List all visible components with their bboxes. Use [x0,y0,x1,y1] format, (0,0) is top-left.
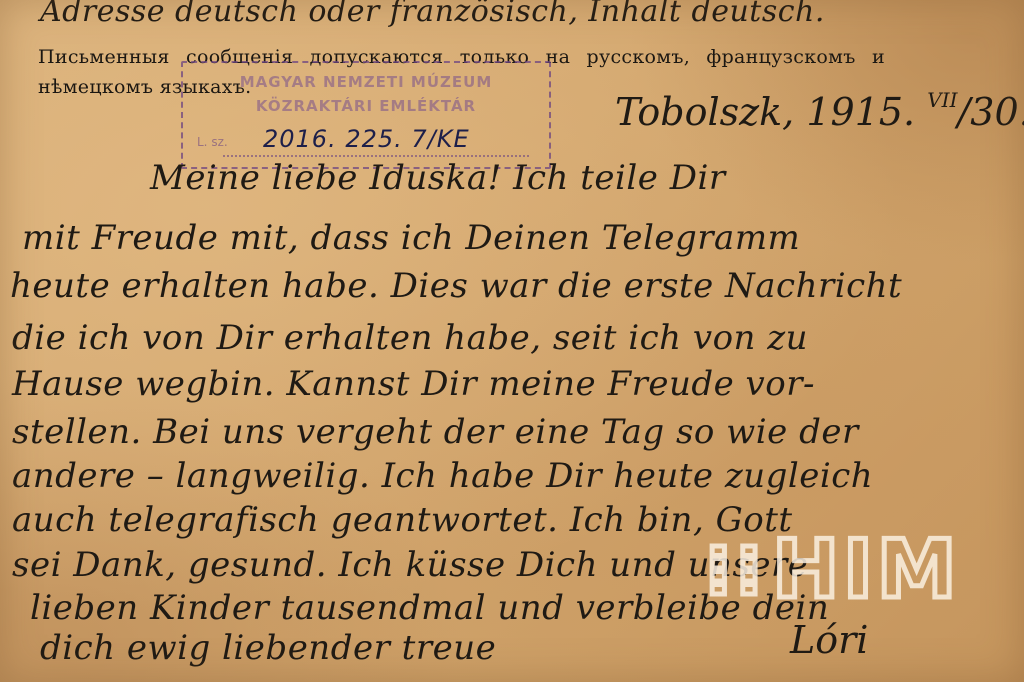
stamp-collection-name: KÖZRAKTÁRI EMLÉKTÁR [183,97,549,115]
dateline-day: /30. [957,90,1024,134]
postcard: Adresse deutsch oder französisch, Inhalt… [0,0,1024,682]
letter-line-4: die ich von Dir erhalten habe, seit ich … [12,318,808,358]
signature: Lóri [790,618,868,662]
letter-line-8: auch telegrafisch geantwortet. Ich bin, … [12,500,793,540]
letter-line-1: Meine liebe Iduska! Ich teile Dir [150,158,726,198]
dateline: Tobolszk, 1915. VII/30. [615,88,1024,134]
dateline-place-year: Tobolszk, 1915. [615,90,915,134]
letter-line-6: stellen. Bei uns vergeht der eine Tag so… [12,412,859,452]
stamp-museum-name: MAGYAR NEMZETI MÚZEUM [183,73,549,91]
letter-line-11: dich ewig liebender treue [40,628,496,668]
stamp-dotted-line [223,155,529,157]
him-watermark-logo: ⁞⁞ HIM [705,535,961,605]
museum-stamp: MAGYAR NEMZETI MÚZEUM KÖZRAKTÁRI EMLÉKTÁ… [181,61,551,169]
letter-line-2: mit Freude mit, dass ich Deinen Telegram… [22,218,800,258]
letter-line-3: heute erhalten habe. Dies war die erste … [10,266,902,306]
letter-line-5: Hause wegbin. Kannst Dir meine Freude vo… [12,364,815,404]
address-language-note: Adresse deutsch oder französisch, Inhalt… [40,0,825,29]
watermark-dots-icon: ⁞⁞ [705,535,766,605]
stamp-prefix: L. sz. [197,135,228,149]
letter-line-9: sei Dank, gesund. Ich küsse Dich und uns… [12,545,808,585]
inventory-number: 2016. 225. 7/KE [263,125,470,153]
letter-line-7: andere – langweilig. Ich habe Dir heute … [12,456,873,496]
watermark-text: HIM [772,535,960,605]
dateline-month: VII [927,88,957,112]
